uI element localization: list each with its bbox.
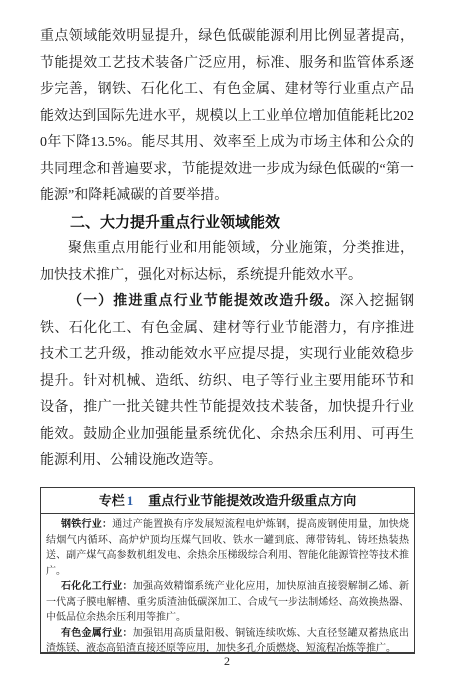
callout-box: 专栏1重点行业节能提效改造升级重点方向 钢铁行业：通过产能置换有序发展短流程电炉… (40, 487, 415, 654)
subsection-lead: （一）推进重点行业节能提效改造升级。 (68, 294, 340, 309)
document-page: 重点领域能效明显提升，绿色低碳能源利用比例显著提高，节能提效工艺技术装备广泛应用… (0, 0, 454, 683)
callout-box-title: 专栏1重点行业节能提效改造升级重点方向 (41, 488, 414, 514)
box-item-nonferrous-label: 有色金属行业： (61, 628, 133, 639)
box-title-text: 重点行业节能提效改造升级重点方向 (148, 493, 356, 508)
text-column: 重点领域能效明显提升，绿色低碳能源利用比例显著提高，节能提效工艺技术装备广泛应用… (40, 24, 414, 475)
box-item-steel-label: 钢铁行业： (61, 519, 112, 530)
box-item-nonferrous: 有色金属行业：加强铝用高质量阳极、铜锍连续吹炼、大直径竖罐双蓄热底出渣炼镁、液态… (46, 626, 409, 655)
paragraph-overview: 聚焦重点用能行业和用能领域，分业施策，分类推进，加快技术推广，强化对标达标，系统… (40, 236, 414, 289)
box-title-label: 专栏 (99, 493, 125, 508)
subsection-body: 深入挖掘钢铁、石化化工、有色金属、建材等行业节能潜力，有序推进技术工艺升级，推动… (40, 294, 414, 468)
paragraph-subsection: （一）推进重点行业节能提效改造升级。深入挖掘钢铁、石化化工、有色金属、建材等行业… (40, 289, 414, 475)
box-item-petrochemical: 石化化工行业：加强高效精馏系统产业化应用，加快原油直接裂解制乙烯、新一代离子膜电… (46, 579, 409, 626)
paragraph-continuation: 重点领域能效明显提升，绿色低碳能源利用比例显著提高，节能提效工艺技术装备广泛应用… (40, 24, 414, 210)
section-heading: 二、大力提升重点行业领域能效 (40, 210, 414, 237)
box-item-petrochemical-label: 石化化工行业： (61, 581, 133, 592)
page-number: 2 (0, 654, 454, 669)
box-item-steel: 钢铁行业：通过产能置换有序发展短流程电炉炼钢，提高废钢使用量，加快烧结烟气内循环… (46, 517, 409, 579)
callout-box-body: 钢铁行业：通过产能置换有序发展短流程电炉炼钢，提高废钢使用量，加快烧结烟气内循环… (41, 514, 414, 654)
box-title-number: 1 (127, 493, 134, 508)
